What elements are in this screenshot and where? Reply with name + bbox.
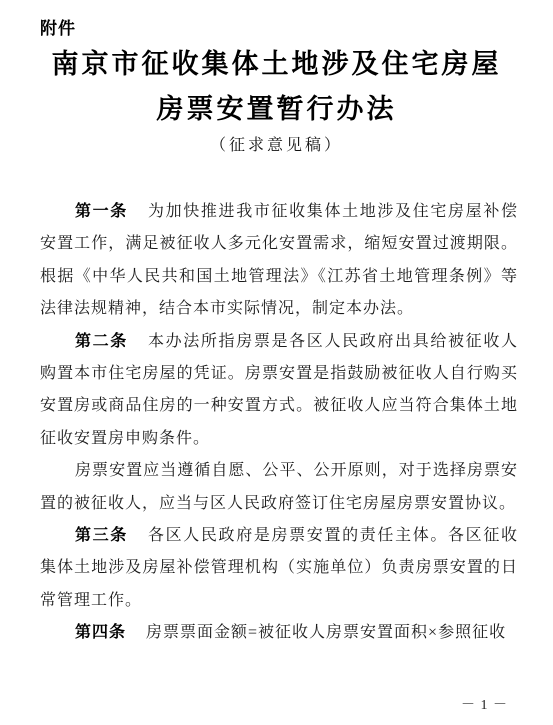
article-3-label: 第三条 (75, 527, 128, 544)
paragraph-article-2: 第二条本办法所指房票是各区人民政府出具给被征收人购置本市住宅房屋的凭证。房票安置… (40, 326, 518, 456)
article-2-label: 第二条 (75, 333, 128, 350)
paragraph-article-2-continued: 房票安置应当遵循自愿、公平、公开原则，对于选择房票安置的被征收人，应当与区人民政… (40, 455, 518, 520)
page-number: － 1 － (461, 694, 508, 714)
paragraph-article-3: 第三条各区人民政府是房票安置的责任主体。各区征收集体土地涉及房屋补偿管理机构（实… (40, 520, 518, 617)
title-line-1: 南京市征收集体土地涉及住宅房屋 (0, 42, 553, 87)
title-line-2: 房票安置暂行办法 (0, 87, 553, 132)
attachment-label: 附件 (40, 14, 76, 39)
paragraph-article-1: 第一条为加快推进我市征收集体土地涉及住宅房屋补偿安置工作，满足被征收人多元化安置… (40, 196, 518, 326)
article-2b-text: 房票安置应当遵循自愿、公平、公开原则，对于选择房票安置的被征收人，应当与区人民政… (40, 462, 518, 511)
article-1-text: 为加快推进我市征收集体土地涉及住宅房屋补偿安置工作，满足被征收人多元化安置需求，… (40, 203, 518, 317)
article-1-label: 第一条 (75, 203, 128, 220)
document-page: 附件 南京市征收集体土地涉及住宅房屋 房票安置暂行办法 （征求意见稿） 第一条为… (0, 0, 553, 725)
document-body: 第一条为加快推进我市征收集体土地涉及住宅房屋补偿安置工作，满足被征收人多元化安置… (40, 196, 518, 650)
document-title: 南京市征收集体土地涉及住宅房屋 房票安置暂行办法 (0, 42, 553, 132)
article-4-text: 房票票面金额=被征收人房票安置面积×参照征收 (146, 624, 506, 641)
document-subtitle: （征求意见稿） (0, 134, 553, 158)
paragraph-article-4: 第四条房票票面金额=被征收人房票安置面积×参照征收 (40, 617, 518, 649)
article-4-label: 第四条 (75, 624, 126, 641)
